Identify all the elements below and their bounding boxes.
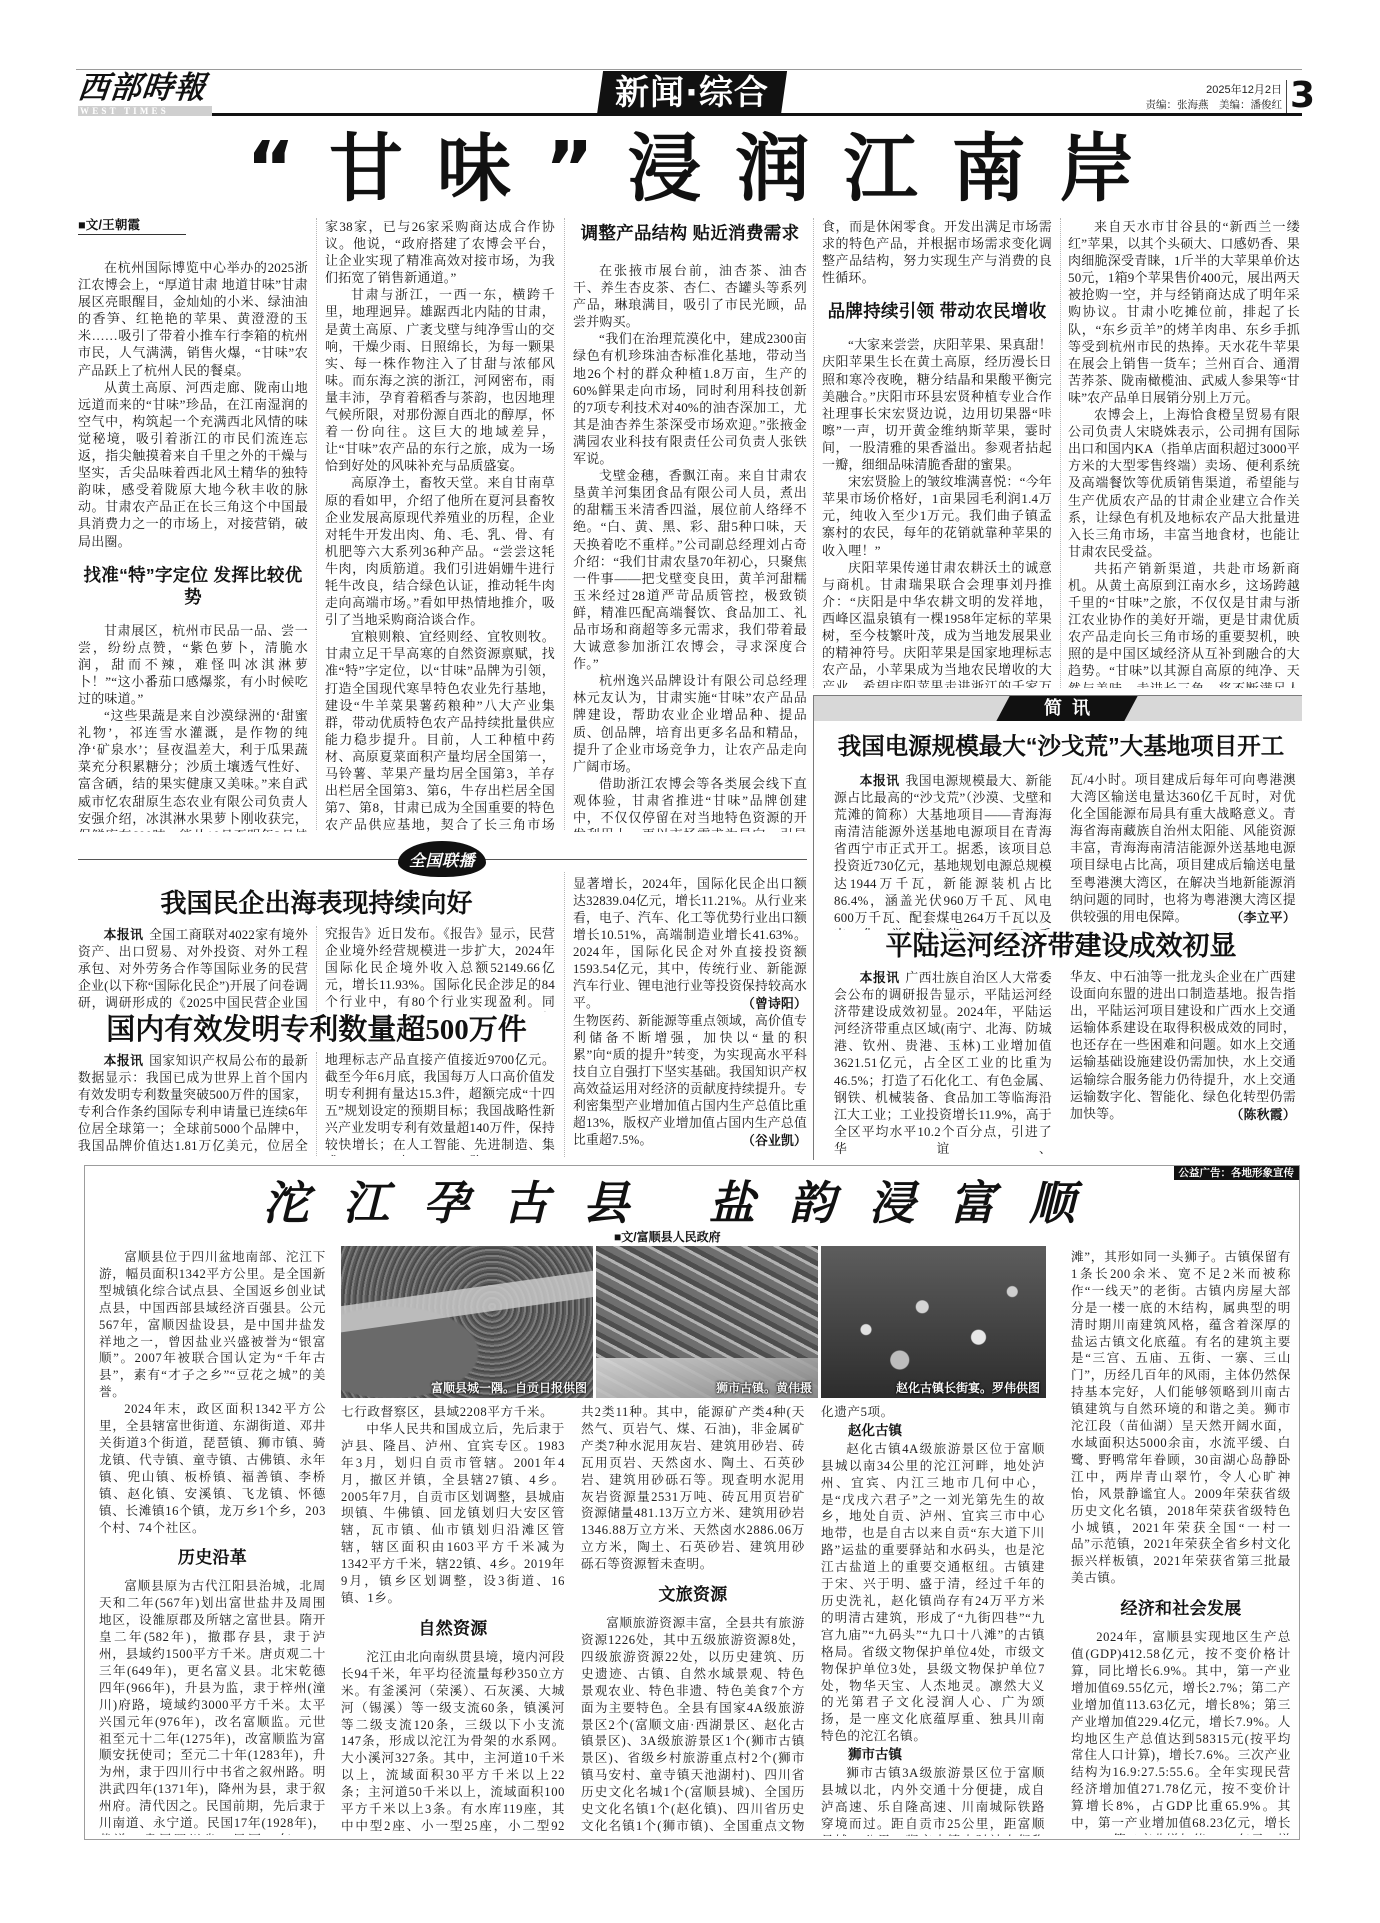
block-text: 2024年，富顺县实现地区生产总值(GDP)412.58亿元，按不变价格计算，同…	[1071, 1630, 1291, 1835]
article-column-4: 食，而是休闲零食。开发出满足市场需求的特色产品，并根据市场需求变化调整产品结构，…	[822, 218, 1052, 688]
dateline-label: 本报讯	[104, 927, 144, 942]
paragraph: 宜粮则粮、宜经则经、宜牧则牧。甘肃立足干旱高寒的自然资源禀赋，找准“特”字定位，…	[325, 628, 555, 832]
dateline-label: 本报讯	[104, 1053, 144, 1068]
section-subheading: 经济和社会发展	[1071, 1598, 1291, 1620]
brief-column: 本报讯广西壮族自治区人大常委会公布的调研报告显示，平陆运河经济带建设成效初显。2…	[834, 969, 1052, 1157]
feature-title-part-1: 沱江孕古县	[263, 1174, 663, 1232]
column-divider	[564, 872, 565, 1157]
national-column: 本报讯全国工商联对4022家有境外资产、出口贸易、对外投资、对外工程承包、对外劳…	[78, 926, 308, 1012]
block-text: 富顺旅游资源丰富，全县共有旅游资源1226处，其中五级旅游资源8处，四级旅游资源…	[581, 1616, 805, 1836]
national-column: 生物医药、新能源等重点领域，高价值专利储备不断增强，加快以“量的积累”向“质的提…	[573, 1013, 807, 1159]
newspaper-logo: 西部時報	[76, 70, 208, 106]
brief-headline: 平陆运河经济带建设成效初显	[822, 928, 1300, 964]
block-text: 甘肃展区，杭州市民品一品、尝一尝，纷纷点赞，“紫色萝卜，清脆水润，甜而不辣，难怪…	[78, 623, 308, 706]
photo-county-town: 富顺县城一隅。自贡日报供图	[341, 1246, 593, 1398]
block-text: 庆阳苹果传递甘肃农耕沃土的诚意与商机。甘肃瑞果联合会理事刘丹推介：“庆阳是中华农…	[822, 560, 1052, 688]
column-divider	[316, 218, 317, 830]
block-text: 家38家，已与26家采购商达成合作协议。他说，“政府搭建了农博会平台，让企业实现…	[325, 219, 555, 285]
feature-column-3: 共2类11种。其中，能源矿产类4种(天然气、页岩气、煤、石油)，非金属矿产类7种…	[581, 1404, 805, 1836]
paragraph: 庆阳苹果传递甘肃农耕沃土的诚意与商机。甘肃瑞果联合会理事刘丹推介：“庆阳是中华农…	[822, 559, 1052, 688]
block-text: 调整产品结构 贴近消费需求	[581, 223, 800, 243]
paragraph: 2024年末，政区面积1342平方公里，全县辖富世街道、东湖街道、邓井关街道3个…	[99, 1401, 326, 1536]
paragraph: 甘肃与浙江，一西一东，横跨千里，地理迥异。雄踞西北内陆的甘肃，是黄土高原、广袤戈…	[325, 286, 555, 474]
block-text: 宜粮则粮、宜经则经、宜牧则牧。甘肃立足干旱高寒的自然资源禀赋，找准“特”字定位，…	[325, 629, 555, 832]
column-divider	[316, 1052, 317, 1156]
block-text: 2024年末，政区面积1342平方公里，全县辖富世街道、东湖街道、邓井关街道3个…	[99, 1402, 326, 1534]
paragraph-continued: 究报告》近日发布。《报告》显示，民营企业境外经营规模进一步扩大，2024年国际化…	[325, 926, 555, 1012]
issue-date: 2025年12月2日	[1150, 84, 1282, 97]
page-number: 3	[1290, 76, 1315, 116]
paragraph-continued: 食，而是休闲零食。开发出满足市场需求的特色产品，并根据市场需求变化调整产品结构，…	[822, 218, 1052, 286]
paragraph-continued: 化遗产5项。	[821, 1404, 1045, 1421]
paragraph: “这些果蔬是来自沙漠绿洲的‘甜蜜礼物’，祁连雪水灌溉，是作物的纯净‘矿泉水’；昼…	[78, 707, 308, 832]
block-text: 文旅资源	[658, 1585, 727, 1604]
section-subheading: 历史沿革	[99, 1547, 326, 1569]
author-signature: （曾诗阳）	[742, 995, 807, 1010]
paragraph: 借助浙江农博会等各类展会线下直观体验，甘肃省推进“甘味”品牌创建中，不仅仅停留在…	[573, 775, 807, 832]
paragraph: 宋宏贤脸上的皱纹堆满喜悦：“今年苹果市场价格好，1亩果园毛利润1.4万元，纯收入…	[822, 473, 1052, 558]
paragraph: 狮市古镇3A级旅游景区位于富顺县城以北，内外交通十分便捷，成自泸高速、乐自隆高速…	[821, 1765, 1045, 1836]
block-text: 狮市古镇3A级旅游景区位于富顺县城以北，内外交通十分便捷，成自泸高速、乐自隆高速…	[821, 1766, 1045, 1836]
paragraph: 中华人民共和国成立后，先后隶于泸县、隆昌、泸州、宜宾专区。1983年3月，划归自…	[341, 1421, 565, 1607]
paragraph: 本报讯我国电源规模最大、新能源占比最高的“沙戈荒”（沙漠、戈壁和荒滩的简称）大基…	[834, 772, 1052, 930]
brief-column: 本报讯我国电源规模最大、新能源占比最高的“沙戈荒”（沙漠、戈壁和荒滩的简称）大基…	[834, 772, 1052, 930]
national-column: 本报讯国家知识产权局公布的最新数据显示：我国已成为世界上首个国内有效发明专利数量…	[78, 1052, 308, 1156]
block-text: 甘肃与浙江，一西一东，横跨千里，地理迥异。雄踞西北内陆的甘肃，是黄土高原、广袤戈…	[325, 287, 555, 473]
block-text: 历史沿革	[178, 1548, 247, 1567]
feature-column-2: 七行政督察区，县域2208平方千米。中华人民共和国成立后，先后隶于泸县、隆昌、泸…	[341, 1404, 565, 1836]
block-text: “我们在治理荒漠化中，建成2300亩绿色有机珍珠油杏标准化基地，带动当地26个村…	[573, 331, 807, 466]
dateline-label: 本报讯	[860, 773, 900, 788]
paragraph: 在杭州国际博览中心举办的2025浙江农博会上，“厚道甘肃 地道甘味”甘肃展区亮眼…	[78, 259, 308, 379]
paragraph: “我们在治理荒漠化中，建成2300亩绿色有机珍珠油杏标准化基地，带动当地26个村…	[573, 330, 807, 467]
paragraph-continued: 家38家，已与26家采购商达成合作协议。他说，“政府搭建了农博会平台，让企业实现…	[325, 218, 555, 286]
paragraph: 赵化古镇4A级旅游景区位于富顺县城以南34公里的沱江河畔，地处泸州、宜宾、内江三…	[821, 1441, 1045, 1745]
paragraph: 高原净土，畜牧天堂。来自甘南草原的看如甲，介绍了他所在夏河县畜牧企业发展高原现代…	[325, 474, 555, 628]
paragraph: 共拓产销新渠道，共赴市场新商机。从黄土高原到江南水乡，这场跨越千里的“甘味”之旅…	[1068, 560, 1300, 688]
block-text: 共2类11种。其中，能源矿产类4种(天然气、页岩气、煤、石油)，非金属矿产类7种…	[581, 1405, 805, 1571]
author-byline: ■文/王朝霞	[78, 218, 186, 235]
author-signature: （谷业凯）	[742, 1132, 807, 1149]
column-divider	[1060, 218, 1061, 688]
block-text: 食，而是休闲零食。开发出满足市场需求的特色产品，并根据市场需求变化调整产品结构，…	[822, 219, 1052, 285]
briefs-label: 简讯	[996, 696, 1137, 721]
county-feature-box: 公益广告：各地形象宣传 沱江孕古县盐韵浸富顺 ■文/富顺县人民政府 富顺县城一隅…	[84, 1165, 1300, 1840]
newspaper-page: 西部時報 WEST TIMES 新闻·综合 2025年12月2日 责编：张海燕 …	[0, 0, 1380, 1923]
section-name: 新闻·综合	[615, 71, 769, 115]
block-text: 从黄土高原、河西走廊、陇南山地远道而来的“甘味”珍品，在江南湿润的空气中，构筑起…	[78, 380, 308, 549]
paragraph: 农博会上，上海恰食橙呈贸易有限公司负责人宋晓姝表示，公司拥有国际出口和国内KA（…	[1068, 406, 1300, 560]
paragraph: 本报讯全国工商联对4022家有境外资产、出口贸易、对外投资、对外工程承包、对外劳…	[78, 926, 308, 1012]
photo-caption: 赵化古镇长街宴。罗伟供图	[896, 1381, 1040, 1395]
briefs-label-text: 简讯	[1034, 696, 1100, 721]
block-text: 赵化古镇	[848, 1423, 902, 1438]
block-text: “这些果蔬是来自沙漠绿洲的‘甜蜜礼物’，祁连雪水灌溉，是作物的纯净‘矿泉水’；昼…	[78, 708, 308, 832]
block-text: 高原净土，畜牧天堂。来自甘南草原的看如甲，介绍了他所在夏河县畜牧企业发展高原现代…	[325, 475, 555, 627]
feature-title-part-2: 盐韵浸富顺	[709, 1174, 1109, 1232]
paragraph: 甘肃展区，杭州市民品一品、尝一尝，纷纷点赞，“紫色萝卜，清脆水润，甜而不辣，难怪…	[78, 622, 308, 707]
article-column-5: 来自天水市甘谷县的“新西兰一缕红”苹果，以其个头硕大、口感奶香、果肉细脆深受青睐…	[1068, 218, 1300, 688]
block-text: 显著增长，2024年，国际化民企出口额达32839.04亿元，增长11.21%。…	[573, 877, 807, 1010]
main-headline: “甘味”浸润江南岸	[0, 126, 1380, 212]
block-text: 来自天水市甘谷县的“新西兰一缕红”苹果，以其个头硕大、口感奶香、果肉细脆深受青睐…	[1068, 219, 1300, 405]
block-text: 共拓产销新渠道，共赴市场新商机。从黄土高原到江南水乡，这场跨越千里的“甘味”之旅…	[1068, 561, 1300, 688]
brief-headline: 我国电源规模最大“沙戈荒”大基地项目开工	[822, 730, 1300, 762]
paragraph-continued: 瓦/4小时。项目建成后每年可向粤港澳大湾区输送电量达360亿千瓦时，对优化全国能…	[1070, 772, 1296, 926]
paragraph: 杭州逸兴品牌设计有限公司总经理林元友认为，甘肃实施“甘味”农产品品牌建设，帮助农…	[573, 672, 807, 775]
feature-column-1: 富顺县位于四川盆地南部、沱江下游，幅员面积1342平方公里。是全国新型城镇化综合…	[99, 1249, 326, 1835]
block-text: “大家来尝尝，庆阳苹果、果真甜！庆阳苹果生长在黄土高原，经历漫长日照和寒冷夜晚，…	[822, 337, 1052, 472]
block-text: 地理标志产品直接产值接近9700亿元。截至今年6月底，我国每万人口高价值发明专利…	[325, 1053, 555, 1156]
paragraph-continued: 生物医药、新能源等重点领域，高价值专利储备不断增强，加快以“量的积累”向“质的提…	[573, 1013, 807, 1149]
block-text: 富顺县原为古代江阳县治城，北周天和二年(567年)划出富世盐井及周围地区，设雒原…	[99, 1579, 326, 1835]
column-divider	[813, 218, 814, 688]
national-news-logo: 全国联播	[398, 841, 486, 877]
paragraph: 戈壁金穗，香飘江南。来自甘肃农垦黄羊河集团食品有限公司人员，煮出的甜糯玉米清香四…	[573, 467, 807, 672]
news-briefs-box: 简讯 我国电源规模最大“沙戈荒”大基地项目开工 本报讯我国电源规模最大、新能源占…	[813, 695, 1302, 1160]
paragraph-continued: 共2类11种。其中，能源矿产类4种(天然气、页岩气、煤、石油)，非金属矿产类7种…	[581, 1404, 805, 1573]
national-headline: 国内有效发明专利数量超500万件	[78, 1012, 555, 1048]
paragraph: 从黄土高原、河西走廊、陇南山地远道而来的“甘味”珍品，在江南湿润的空气中，构筑起…	[78, 379, 308, 550]
block-text: 瓦/4小时。项目建成后每年可向粤港澳大湾区输送电量达360亿千瓦时，对优化全国能…	[1070, 773, 1296, 924]
block-text: 化遗产5项。	[821, 1405, 894, 1419]
block-text: 富顺县位于四川盆地南部、沱江下游，幅员面积1342平方公里。是全国新型城镇化综合…	[99, 1250, 326, 1399]
paragraph: 富顺县位于四川盆地南部、沱江下游，幅员面积1342平方公里。是全国新型城镇化综合…	[99, 1249, 326, 1401]
national-headline: 我国民企出海表现持续向好	[78, 886, 555, 922]
block-text: 经济和社会发展	[1120, 1599, 1241, 1618]
paragraph: 2024年，富顺县实现地区生产总值(GDP)412.58亿元，按不变价格计算，同…	[1071, 1629, 1291, 1835]
feature-column-5: 滩”，其形如同一头狮子。古镇保留有1条长200余米、宽不足2米而被称作“一线天”…	[1071, 1249, 1291, 1835]
header-divider	[1286, 80, 1287, 113]
photo-strip: 富顺县城一隅。自贡日报供图 狮市古镇。黄伟摄 赵化古镇长街宴。罗伟供图	[341, 1246, 1046, 1398]
minor-heading: 狮市古镇	[821, 1747, 1045, 1764]
paragraph: 本报讯广西壮族自治区人大常委会公布的调研报告显示，平陆运河经济带建设成效初显。2…	[834, 969, 1052, 1157]
block-text: 国家知识产权局公布的最新数据显示：我国已成为世界上首个国内有效发明专利数量突破5…	[78, 1054, 308, 1156]
block-text: 赵化古镇4A级旅游景区位于富顺县城以南34公里的沱江河畔，地处泸州、宜宾、内江三…	[821, 1442, 1045, 1743]
article-column-2: 家38家，已与26家采购商达成合作协议。他说，“政府搭建了农博会平台，让企业实现…	[325, 218, 555, 832]
paragraph-continued: 七行政督察区，县域2208平方千米。	[341, 1404, 565, 1421]
block-text: 农博会上，上海恰食橙呈贸易有限公司负责人宋晓姝表示，公司拥有国际出口和国内KA（…	[1068, 407, 1300, 559]
photo-caption: 富顺县城一隅。自贡日报供图	[431, 1381, 587, 1395]
block-text: 狮市古镇	[848, 1747, 902, 1762]
author-signature: （陈秋霞）	[1231, 1106, 1296, 1123]
editor-credits: 责编：张海燕 美编：潘俊红	[1120, 99, 1282, 112]
paragraph: 本报讯国家知识产权局公布的最新数据显示：我国已成为世界上首个国内有效发明专利数量…	[78, 1052, 308, 1156]
block-text: 华友、中石油等一批龙头企业在广西建设面向东盟的进出口制造基地。报告指出，平陆运河…	[1070, 970, 1296, 1121]
national-column: 究报告》近日发布。《报告》显示，民营企业境外经营规模进一步扩大，2024年国际化…	[325, 926, 555, 1012]
minor-heading: 赵化古镇	[821, 1423, 1045, 1440]
column-divider	[564, 218, 565, 830]
dateline-label: 本报讯	[860, 970, 900, 985]
block-text: 品牌持续引领 带动农民增收	[828, 301, 1047, 321]
brief-column: 瓦/4小时。项目建成后每年可向粤港澳大湾区输送电量达360亿千瓦时，对优化全国能…	[1070, 772, 1296, 930]
block-text: 借助浙江农博会等各类展会线下直观体验，甘肃省推进“甘味”品牌创建中，不仅仅停留在…	[573, 776, 807, 832]
block-text: 戈壁金穗，香飘江南。来自甘肃农垦黄羊河集团食品有限公司人员，煮出的甜糯玉米清香四…	[573, 468, 807, 671]
article-column-1: ■文/王朝霞 在杭州国际博览中心举办的2025浙江农博会上，“厚道甘肃 地道甘味…	[78, 218, 308, 832]
block-text: 沱江由北向南纵贯县境，境内河段长94千米，年平均径流量每秒350立方米。有釜溪河…	[341, 1650, 565, 1836]
photo-shishi-ancient-town: 狮市古镇。黄伟摄	[596, 1246, 818, 1398]
column-divider	[316, 926, 317, 1012]
photo-zhaohua-street-banquet: 赵化古镇长街宴。罗伟供图	[821, 1246, 1046, 1398]
block-text: 我国电源规模最大、新能源占比最高的“沙戈荒”（沙漠、戈壁和荒滩的简称）大基地项目…	[834, 774, 1052, 930]
paragraph-continued: 显著增长，2024年，国际化民企出口额达32839.04亿元，增长11.21%。…	[573, 876, 807, 1010]
paragraph-continued: 滩”，其形如同一头狮子。古镇保留有1条长200余米、宽不足2米而被称作“一线天”…	[1071, 1249, 1291, 1587]
article-column-3: 调整产品结构 贴近消费需求在张掖市展台前，油杏茶、油杏干、养生杏皮茶、杏仁、杏罐…	[573, 218, 807, 832]
national-column: 地理标志产品直接产值接近9700亿元。截至今年6月底，我国每万人口高价值发明专利…	[325, 1052, 555, 1156]
section-subheading: 找准“特”字定位 发挥比较优势	[78, 564, 308, 608]
section-subheading: 调整产品结构 贴近消费需求	[573, 222, 807, 244]
block-text: 杭州逸兴品牌设计有限公司总经理林元友认为，甘肃实施“甘味”农产品品牌建设，帮助农…	[573, 673, 807, 773]
block-text: 自然资源	[418, 1619, 487, 1638]
brief-column: 华友、中石油等一批龙头企业在广西建设面向东盟的进出口制造基地。报告指出，平陆运河…	[1070, 969, 1296, 1157]
paragraph-continued: 地理标志产品直接产值接近9700亿元。截至今年6月底，我国每万人口高价值发明专利…	[325, 1052, 555, 1156]
block-text: 在杭州国际博览中心举办的2025浙江农博会上，“厚道甘肃 地道甘味”甘肃展区亮眼…	[78, 260, 308, 378]
feature-title: 沱江孕古县盐韵浸富顺	[263, 1174, 1109, 1232]
feature-byline: ■文/富顺县人民政府	[614, 1230, 721, 1244]
block-text: 七行政督察区，县域2208平方千米。	[341, 1405, 553, 1419]
section-banner: 新闻·综合	[597, 71, 787, 115]
section-subheading: 自然资源	[341, 1618, 565, 1640]
block-text: 在张掖市展台前，油杏茶、油杏干、养生杏皮茶、杏仁、杏罐头等系列产品，琳琅满目，吸…	[573, 263, 807, 329]
paragraph: 富顺旅游资源丰富，全县共有旅游资源1226处，其中五级旅游资源8处，四级旅游资源…	[581, 1615, 805, 1836]
block-text: 滩”，其形如同一头狮子。古镇保留有1条长200余米、宽不足2米而被称作“一线天”…	[1071, 1250, 1291, 1585]
paragraph: 在张掖市展台前，油杏茶、油杏干、养生杏皮茶、杏仁、杏罐头等系列产品，琳琅满目，吸…	[573, 262, 807, 330]
block-text: 中华人民共和国成立后，先后隶于泸县、隆昌、泸州、宜宾专区。1983年3月，划归自…	[341, 1422, 565, 1605]
feature-column-4: 化遗产5项。赵化古镇赵化古镇4A级旅游景区位于富顺县城以南34公里的沱江河畔，地…	[821, 1404, 1045, 1836]
public-ad-label: 公益广告：各地形象宣传	[1174, 1166, 1300, 1180]
newspaper-logo-english: WEST TIMES	[78, 106, 212, 116]
section-subheading: 文旅资源	[581, 1584, 805, 1606]
national-news-logo-text: 全国联播	[409, 848, 475, 871]
block-text: 究报告》近日发布。《报告》显示，民营企业境外经营规模进一步扩大，2024年国际化…	[325, 927, 555, 1012]
paragraph-continued: 华友、中石油等一批龙头企业在广西建设面向东盟的进出口制造基地。报告指出，平陆运河…	[1070, 969, 1296, 1123]
block-text: 生物医药、新能源等重点领域，高价值专利储备不断增强，加快以“量的积累”向“质的提…	[573, 1014, 807, 1147]
section-subheading: 品牌持续引领 带动农民增收	[822, 300, 1052, 322]
paragraph: “大家来尝尝，庆阳苹果、果真甜！庆阳苹果生长在黄土高原，经历漫长日照和寒冷夜晚，…	[822, 336, 1052, 473]
paragraph: 来自天水市甘谷县的“新西兰一缕红”苹果，以其个头硕大、口感奶香、果肉细脆深受青睐…	[1068, 218, 1300, 406]
paragraph: 富顺县原为古代江阳县治城，北周天和二年(567年)划出富世盐井及周围地区，设雒原…	[99, 1578, 326, 1835]
header-top-rule	[76, 69, 1302, 70]
author-signature: （李立平）	[1231, 909, 1296, 926]
block-text: 找准“特”字定位 发挥比较优势	[83, 565, 302, 607]
paragraph: 沱江由北向南纵贯县境，境内河段长94千米，年平均径流量每秒350立方米。有釜溪河…	[341, 1649, 565, 1836]
block-text: 宋宏贤脸上的皱纹堆满喜悦：“今年苹果市场价格好，1亩果园毛利润1.4万元，纯收入…	[822, 474, 1052, 557]
national-column: 显著增长，2024年，国际化民企出口额达32839.04亿元，增长11.21%。…	[573, 876, 807, 1010]
block-text: 广西壮族自治区人大常委会公布的调研报告显示，平陆运河经济带建设成效初显。2024…	[834, 971, 1052, 1156]
photo-caption: 狮市古镇。黄伟摄	[716, 1381, 812, 1395]
